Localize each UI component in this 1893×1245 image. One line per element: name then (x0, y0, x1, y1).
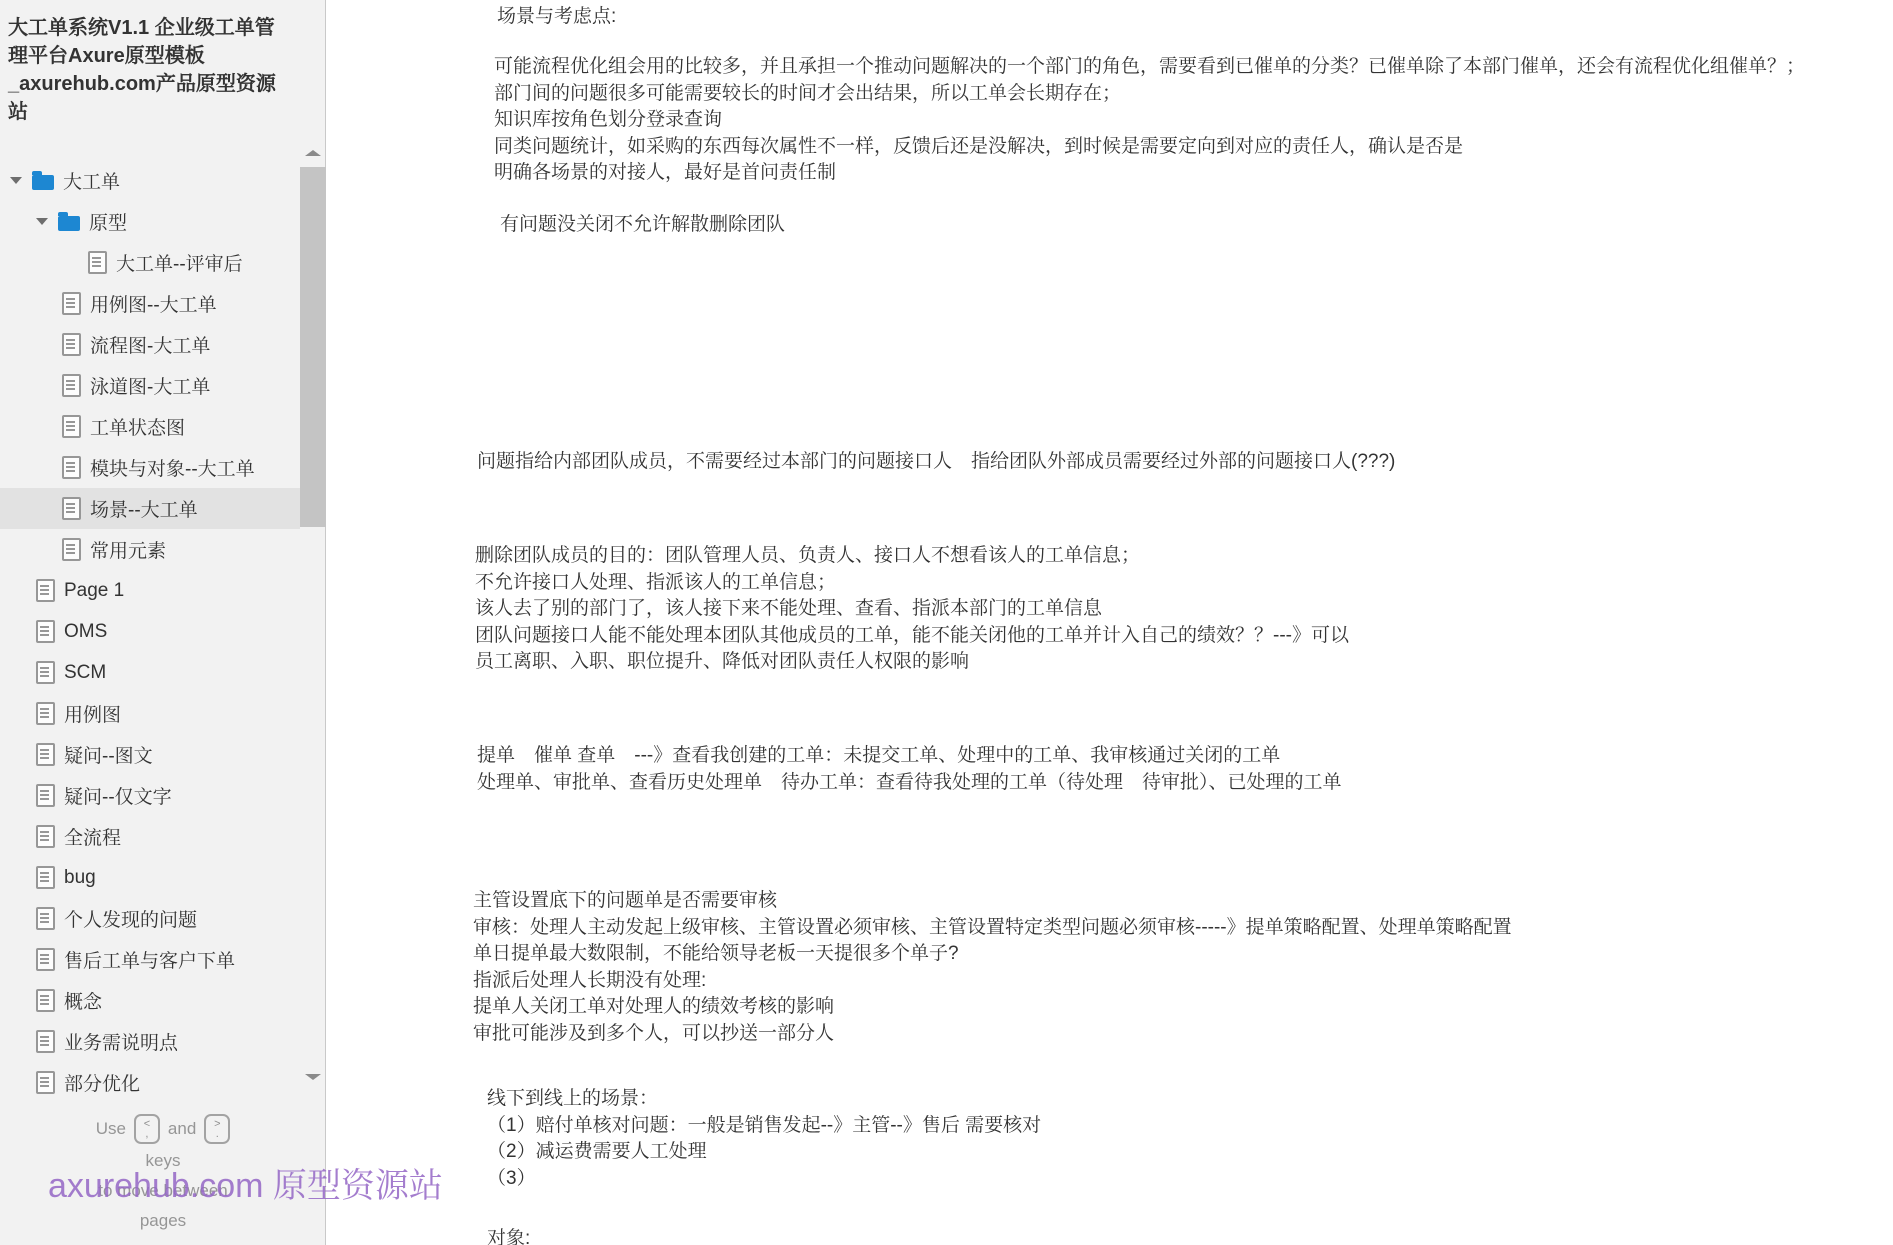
folder-icon (58, 216, 80, 231)
page-icon (36, 1071, 55, 1094)
chevron-down-icon[interactable] (34, 488, 62, 529)
footer-keys-word: keys (0, 1146, 326, 1176)
tree-item-label: 工单状态图 (90, 413, 185, 440)
chevron-down-icon[interactable] (34, 529, 62, 570)
content-heading-objects: 对象: (487, 1226, 1887, 1245)
page-icon (36, 661, 55, 684)
tree-item-label: 全流程 (64, 823, 121, 850)
tree-item[interactable]: 用例图--大工单 (0, 283, 300, 324)
tree-item-label: 模块与对象--大工单 (90, 454, 255, 481)
tree-item-label: 泳道图-大工单 (90, 372, 210, 399)
tree-item[interactable]: SCM (0, 652, 300, 693)
chevron-down-icon[interactable] (8, 1021, 36, 1062)
tree-item[interactable]: 大工单--评审后 (0, 242, 300, 283)
tree-item[interactable]: 场景--大工单 (0, 488, 300, 529)
page-icon (62, 333, 81, 356)
chevron-down-icon[interactable] (8, 734, 36, 775)
tree-item-label: bug (64, 867, 96, 889)
tree-item-label: 售后工单与客户下单 (64, 946, 235, 973)
scroll-up-arrow-icon[interactable] (305, 150, 321, 156)
chevron-down-icon[interactable] (8, 980, 36, 1021)
content-paragraph-ticket-actions: 提单 催单 查单 ---》查看我创建的工单：未提交工单、处理中的工单、我审核通过… (477, 743, 1877, 796)
tree-item-label: 部分优化 (64, 1069, 140, 1096)
chevron-down-icon[interactable] (34, 365, 62, 406)
footer-use-label: Use (96, 1114, 126, 1144)
content-paragraph-remove-member: 删除团队成员的目的：团队管理人员、负责人、接口人不想看该人的工单信息； 不允许接… (475, 543, 1875, 676)
chevron-down-icon[interactable] (34, 406, 62, 447)
page-icon (88, 251, 107, 274)
sidebar-scrollbar[interactable] (300, 148, 326, 1082)
project-title: 大工单系统V1.1 企业级工单管理平台Axure原型模板_axurehub.co… (8, 14, 290, 126)
tree-item[interactable]: 全流程 (0, 816, 300, 857)
axure-prototype-viewer: 大工单系统V1.1 企业级工单管理平台Axure原型模板_axurehub.co… (0, 0, 1893, 1245)
tree-item[interactable]: Page 1 (0, 570, 300, 611)
page-icon (36, 620, 55, 643)
content-paragraph-contact-person: 问题指给内部团队成员，不需要经过本部门的问题接口人 指给团队外部成员需要经过外部… (477, 449, 1877, 476)
page-icon (36, 907, 55, 930)
tree-item-label: 原型 (89, 208, 127, 235)
footer-pages-label: pages (0, 1206, 326, 1236)
page-icon (36, 989, 55, 1012)
tree-item-label: Page 1 (64, 580, 124, 602)
tree-item[interactable]: 流程图-大工单 (0, 324, 300, 365)
chevron-down-icon[interactable] (8, 693, 36, 734)
chevron-down-icon[interactable] (8, 611, 36, 652)
tree-item-label: 大工单--评审后 (116, 249, 243, 276)
tree-item-label: 疑问--仅文字 (64, 782, 172, 809)
content-paragraph-team-dissolve-rule: 有问题没关闭不允许解散删除团队 (500, 212, 1893, 239)
chevron-down-icon[interactable] (34, 201, 58, 242)
content-paragraph-review-rules: 主管设置底下的问题单是否需要审核 审核：处理人主动发起上级审核、主管设置必须审核… (473, 888, 1873, 1047)
tree-item[interactable]: 用例图 (0, 693, 300, 734)
page-icon (62, 497, 81, 520)
tree-item[interactable]: 疑问--仅文字 (0, 775, 300, 816)
chevron-down-icon[interactable] (8, 570, 36, 611)
tree-item[interactable]: 售后工单与客户下单 (0, 939, 300, 980)
scrollbar-thumb[interactable] (300, 167, 326, 527)
tree-item-label: 用例图 (64, 700, 121, 727)
chevron-down-icon[interactable] (34, 324, 62, 365)
tree-item[interactable]: 概念 (0, 980, 300, 1021)
tree-item[interactable]: 模块与对象--大工单 (0, 447, 300, 488)
chevron-down-icon[interactable] (8, 775, 36, 816)
sitemap-tree: 大工单 原型 大工单--评审后 用例图--大工单 流程图-大工单 泳道图-大工单… (0, 160, 300, 1103)
chevron-down-icon[interactable] (8, 1062, 36, 1103)
period-key-icon: > . (204, 1114, 230, 1144)
tree-item-label: 个人发现的问题 (64, 905, 197, 932)
page-icon (62, 415, 81, 438)
tree-item[interactable]: 业务需说明点 (0, 1021, 300, 1062)
page-icon (36, 579, 55, 602)
tree-item-label: 概念 (64, 987, 102, 1014)
tree-item-label: 用例图--大工单 (90, 290, 217, 317)
tree-item[interactable]: 常用元素 (0, 529, 300, 570)
chevron-down-icon[interactable] (60, 242, 88, 283)
chevron-down-icon[interactable] (8, 939, 36, 980)
chevron-down-icon[interactable] (8, 816, 36, 857)
tree-item[interactable]: 疑问--图文 (0, 734, 300, 775)
folder-icon (32, 175, 54, 190)
footer-and-label: and (168, 1114, 196, 1144)
page-icon (62, 292, 81, 315)
tree-item[interactable]: 泳道图-大工单 (0, 365, 300, 406)
footer-keys-hint: Use < , and > . (0, 1112, 326, 1146)
chevron-down-icon[interactable] (8, 898, 36, 939)
page-icon (36, 866, 55, 889)
page-icon (62, 456, 81, 479)
tree-item[interactable]: 原型 (0, 201, 300, 242)
page-icon (36, 702, 55, 725)
page-icon (36, 948, 55, 971)
content-paragraph-offline-scenes: 线下到线上的场景： （1）赔付单核对问题：一般是销售发起--》主管--》售后 需… (487, 1086, 1887, 1192)
footer-move-label: to move between (0, 1176, 326, 1206)
tree-item-label: 常用元素 (90, 536, 166, 563)
tree-item-label: 疑问--图文 (64, 741, 153, 768)
tree-item-label: 流程图-大工单 (90, 331, 210, 358)
page-icon (36, 784, 55, 807)
page-icon (62, 374, 81, 397)
tree-item-label: 业务需说明点 (64, 1028, 178, 1055)
sidebar-footer: Use < , and > . keys to move between pag… (0, 1112, 326, 1236)
tree-item-label: 大工单 (63, 167, 120, 194)
chevron-down-icon[interactable] (8, 160, 32, 201)
page-icon (36, 825, 55, 848)
chevron-down-icon[interactable] (8, 857, 36, 898)
chevron-down-icon[interactable] (34, 447, 62, 488)
scroll-down-arrow-icon[interactable] (305, 1074, 321, 1080)
page-icon (62, 538, 81, 561)
tree-item[interactable]: bug (0, 857, 300, 898)
tree-item[interactable]: 部分优化 (0, 1062, 300, 1103)
tree-item[interactable]: 工单状态图 (0, 406, 300, 447)
tree-item[interactable]: 个人发现的问题 (0, 898, 300, 939)
tree-item[interactable]: OMS (0, 611, 300, 652)
tree-item[interactable]: 大工单 (0, 160, 300, 201)
page-icon (36, 743, 55, 766)
content-heading-scene-points: 场景与考虑点: (497, 4, 1893, 31)
page-icon (36, 1030, 55, 1053)
chevron-down-icon[interactable] (34, 283, 62, 324)
content-paragraph-process-optimization: 可能流程优化组会用的比较多，并且承担一个推动问题解决的一个部门的角色，需要看到已… (494, 54, 1893, 187)
tree-item-label: OMS (64, 621, 107, 643)
sitemap-sidebar: 大工单系统V1.1 企业级工单管理平台Axure原型模板_axurehub.co… (0, 0, 326, 1245)
chevron-down-icon[interactable] (8, 652, 36, 693)
tree-item-label: 场景--大工单 (90, 495, 198, 522)
tree-item-label: SCM (64, 662, 106, 684)
comma-key-icon: < , (134, 1114, 160, 1144)
